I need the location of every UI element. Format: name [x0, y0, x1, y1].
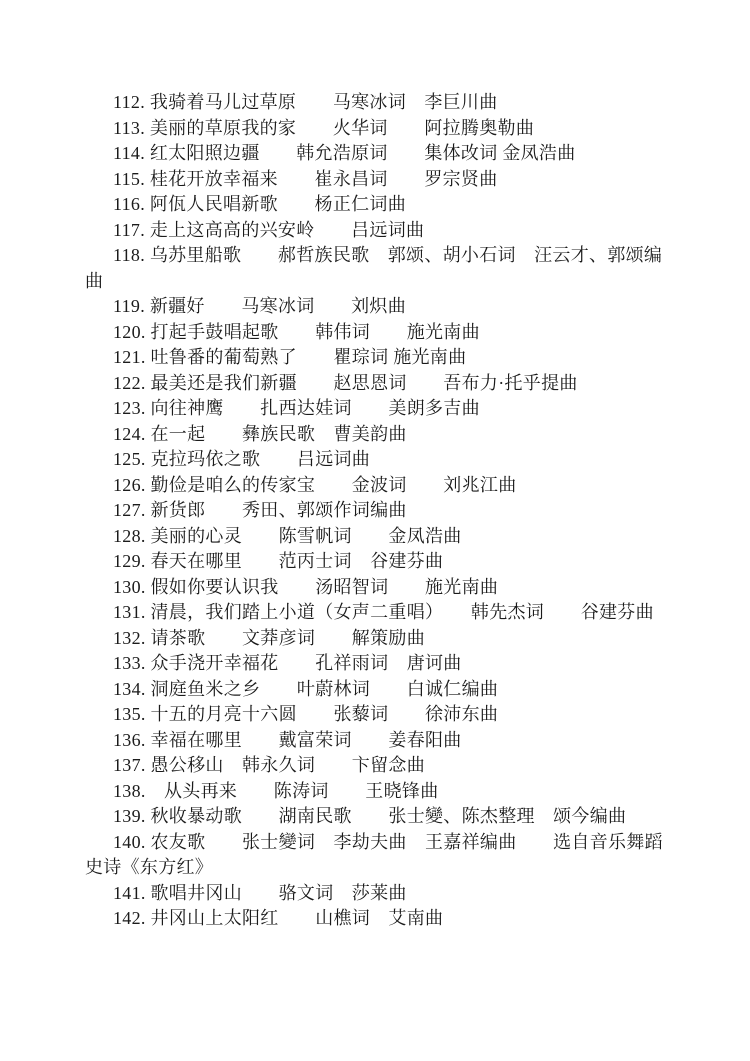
song-entry-127: 127. 新货郎 秀田、郭颂作词编曲	[85, 498, 674, 524]
song-entry-115: 115. 桂花开放幸福来 崔永昌词 罗宗贤曲	[85, 167, 674, 193]
song-entry-132: 132. 请茶歌 文莽彦词 解策励曲	[85, 626, 674, 652]
song-entry-118: 118. 乌苏里船歌 郝哲族民歌 郭颂、胡小石词 汪云才、郭颂编曲	[85, 243, 674, 294]
document-page: 112. 我骑着马儿过草原 马寒冰词 李巨川曲113. 美丽的草原我的家 火华词…	[0, 0, 750, 1061]
song-entry-125: 125. 克拉玛依之歌 吕远词曲	[85, 447, 674, 473]
song-entry-136: 136. 幸福在哪里 戴富荣词 姜春阳曲	[85, 728, 674, 754]
song-entry-135: 135. 十五的月亮十六圆 张藜词 徐沛东曲	[85, 702, 674, 728]
song-entry-129: 129. 春天在哪里 范丙士词 谷建芬曲	[85, 549, 674, 575]
song-entry-138: 138. 从头再来 陈涛词 王晓锋曲	[85, 779, 674, 805]
song-entry-121: 121. 吐鲁番的葡萄熟了 瞿琮词 施光南曲	[85, 345, 674, 371]
song-entry-133: 133. 众手浇开幸福花 孔祥雨词 唐诃曲	[85, 651, 674, 677]
song-entry-119: 119. 新疆好 马寒冰词 刘炽曲	[85, 294, 674, 320]
song-entry-141: 141. 歌唱井冈山 骆文词 莎莱曲	[85, 881, 674, 907]
song-entry-128: 128. 美丽的心灵 陈雪帆词 金凤浩曲	[85, 524, 674, 550]
song-entry-116: 116. 阿佤人民唱新歌 杨正仁词曲	[85, 192, 674, 218]
song-entry-126: 126. 勤俭是咱么的传家宝 金波词 刘兆江曲	[85, 473, 674, 499]
song-entry-120: 120. 打起手鼓唱起歌 韩伟词 施光南曲	[85, 320, 674, 346]
song-entry-113: 113. 美丽的草原我的家 火华词 阿拉腾奥勒曲	[85, 116, 674, 142]
song-entry-124: 124. 在一起 彝族民歌 曹美韵曲	[85, 422, 674, 448]
song-list: 112. 我骑着马儿过草原 马寒冰词 李巨川曲113. 美丽的草原我的家 火华词…	[85, 90, 674, 932]
song-entry-137: 137. 愚公移山 韩永久词 卞留念曲	[85, 753, 674, 779]
song-entry-114: 114. 红太阳照边疆 韩允浩原词 集体改词 金凤浩曲	[85, 141, 674, 167]
song-entry-140: 140. 农友歌 张士變词 李劫夫曲 王嘉祥编曲 选自音乐舞蹈史诗《东方红》	[85, 830, 674, 881]
song-entry-139: 139. 秋收暴动歌 湖南民歌 张士變、陈杰整理 颂今编曲	[85, 804, 674, 830]
song-entry-123: 123. 向往神鹰 扎西达娃词 美朗多吉曲	[85, 396, 674, 422]
song-entry-142: 142. 井冈山上太阳红 山樵词 艾南曲	[85, 906, 674, 932]
song-entry-134: 134. 洞庭鱼米之乡 叶蔚林词 白诚仁编曲	[85, 677, 674, 703]
song-entry-131: 131. 清晨，我们踏上小道（女声二重唱） 韩先杰词 谷建芬曲	[85, 600, 674, 626]
song-entry-122: 122. 最美还是我们新疆 赵思恩词 吾布力·托乎提曲	[85, 371, 674, 397]
song-entry-117: 117. 走上这高高的兴安岭 吕远词曲	[85, 218, 674, 244]
song-entry-130: 130. 假如你要认识我 汤昭智词 施光南曲	[85, 575, 674, 601]
song-entry-112: 112. 我骑着马儿过草原 马寒冰词 李巨川曲	[85, 90, 674, 116]
